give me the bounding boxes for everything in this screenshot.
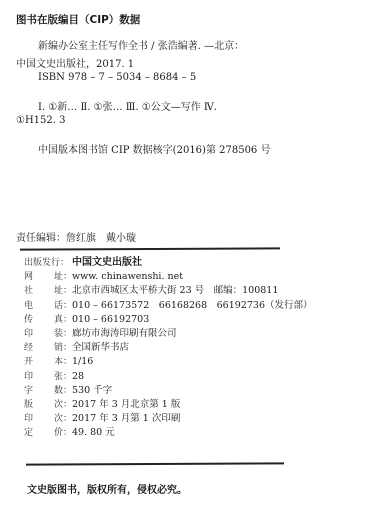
publication-row: 印次：2017 年 3 月第 1 次印刷 bbox=[24, 412, 312, 426]
publication-row: 字数：530 千字 bbox=[24, 384, 312, 398]
publication-row-value: 中国文史出版社 bbox=[72, 256, 142, 270]
label-char-2: 址： bbox=[54, 284, 72, 298]
publication-row-value: 530 千字 bbox=[72, 384, 112, 398]
publication-row-value: 2017 年 3 月北京第 1 版 bbox=[72, 398, 180, 412]
label-char-1: 传 bbox=[24, 313, 33, 327]
label-char-1: 印 bbox=[24, 412, 33, 426]
publication-row: 电话：010 – 66173572 66168268 66192736（发行部） bbox=[24, 299, 312, 313]
publication-row-label: 印次： bbox=[24, 412, 72, 426]
publication-row: 开本：1/16 bbox=[24, 355, 312, 369]
publication-row: 定价：49. 80 元 bbox=[24, 426, 312, 440]
publication-row: 印装：廊坊市海涛印刷有限公司 bbox=[24, 327, 312, 341]
publication-row-value: 010 – 66173572 66168268 66192736（发行部） bbox=[72, 299, 312, 313]
publication-row-label: 电话： bbox=[24, 299, 72, 313]
label-char-2: 本： bbox=[54, 355, 72, 369]
label-char-1: 经 bbox=[24, 341, 33, 355]
publication-row-label: 版次： bbox=[24, 398, 72, 412]
divider-bottom bbox=[26, 462, 284, 465]
label-char-1: 印 bbox=[24, 370, 33, 384]
label-char-1: 出版发行 bbox=[24, 256, 60, 270]
publication-row-label: 定价： bbox=[24, 426, 72, 440]
label-char-2: 价： bbox=[54, 426, 72, 440]
publication-row: 经销：全国新华书店 bbox=[24, 341, 312, 355]
publication-row-value: 1/16 bbox=[72, 355, 93, 369]
label-char-1: 电 bbox=[24, 299, 33, 313]
cip-line-title-author: 新编办公室主任写作全书 / 张浩编著. —北京： bbox=[38, 37, 244, 52]
label-char-2: 真： bbox=[54, 313, 72, 327]
copyright-notice: 文史版图书，版权所有，侵权必究。 bbox=[27, 481, 187, 496]
publication-row-label: 字数： bbox=[24, 384, 72, 398]
label-char-2: 话： bbox=[54, 299, 72, 313]
cip-line-isbn: ISBN 978 – 7 – 5034 – 8684 – 5 bbox=[38, 72, 196, 83]
label-char-1: 网 bbox=[24, 270, 33, 284]
publication-row-label: 开本： bbox=[24, 355, 72, 369]
label-char-1: 开 bbox=[24, 355, 33, 369]
label-char-1: 社 bbox=[24, 284, 33, 298]
publication-row-value: 廊坊市海涛印刷有限公司 bbox=[72, 327, 177, 341]
label-char-2: 装： bbox=[54, 327, 72, 341]
label-char-2: 张： bbox=[54, 370, 72, 384]
label-char-2: 址： bbox=[54, 270, 72, 284]
publication-row-value: www. chinawenshi. net bbox=[72, 270, 183, 284]
cip-line-classification: Ⅰ. ①新… Ⅱ. ①张… Ⅲ. ①公文—写作 Ⅳ. bbox=[38, 98, 217, 113]
publication-row-value: 全国新华书店 bbox=[72, 341, 129, 355]
publication-row-value: 北京市西城区太平桥大街 23 号 邮编：100811 bbox=[72, 284, 278, 298]
publication-row-value: 010 – 66192703 bbox=[72, 313, 149, 327]
publication-row-label: 出版发行： bbox=[24, 256, 72, 270]
publication-row: 社址：北京市西城区太平桥大街 23 号 邮编：100811 bbox=[24, 284, 312, 298]
publication-row-label: 印张： bbox=[24, 370, 72, 384]
publication-row-label: 传真： bbox=[24, 313, 72, 327]
publication-row: 印张：28 bbox=[24, 370, 312, 384]
publication-row-label: 网址： bbox=[24, 270, 72, 284]
publication-row: 版次：2017 年 3 月北京第 1 版 bbox=[24, 398, 312, 412]
publication-info-table: 出版发行：中国文史出版社网址：www. chinawenshi. net社址：北… bbox=[24, 256, 312, 440]
divider-top bbox=[20, 247, 280, 250]
publication-row: 出版发行：中国文史出版社 bbox=[24, 256, 312, 270]
label-char-2: ： bbox=[60, 256, 69, 270]
publication-row-label: 印装： bbox=[24, 327, 72, 341]
label-char-1: 定 bbox=[24, 426, 33, 440]
publication-row: 网址：www. chinawenshi. net bbox=[24, 270, 312, 284]
label-char-2: 次： bbox=[54, 412, 72, 426]
label-char-1: 版 bbox=[24, 398, 33, 412]
cip-line-publisher-date: 中国文史出版社，2017. 1 bbox=[16, 55, 134, 70]
label-char-1: 印 bbox=[24, 327, 33, 341]
cip-line-class-number: ①H152. 3 bbox=[16, 115, 66, 126]
cip-title: 图书在版编目（CIP）数据 bbox=[16, 12, 140, 27]
publication-row-label: 经销： bbox=[24, 341, 72, 355]
label-char-2: 数： bbox=[54, 384, 72, 398]
publication-row-label: 社址： bbox=[24, 284, 72, 298]
responsible-editor: 责任编辑：詹红旗 戴小璇 bbox=[16, 229, 136, 244]
publication-row-value: 28 bbox=[72, 370, 84, 384]
cip-number: 中国版本图书馆 CIP 数据核字(2016)第 278506 号 bbox=[38, 141, 270, 156]
label-char-2: 次： bbox=[54, 398, 72, 412]
publication-row-value: 2017 年 3 月第 1 次印刷 bbox=[72, 412, 180, 426]
label-char-1: 字 bbox=[24, 384, 33, 398]
publication-row: 传真：010 – 66192703 bbox=[24, 313, 312, 327]
label-char-2: 销： bbox=[54, 341, 72, 355]
publication-row-value: 49. 80 元 bbox=[72, 426, 115, 440]
